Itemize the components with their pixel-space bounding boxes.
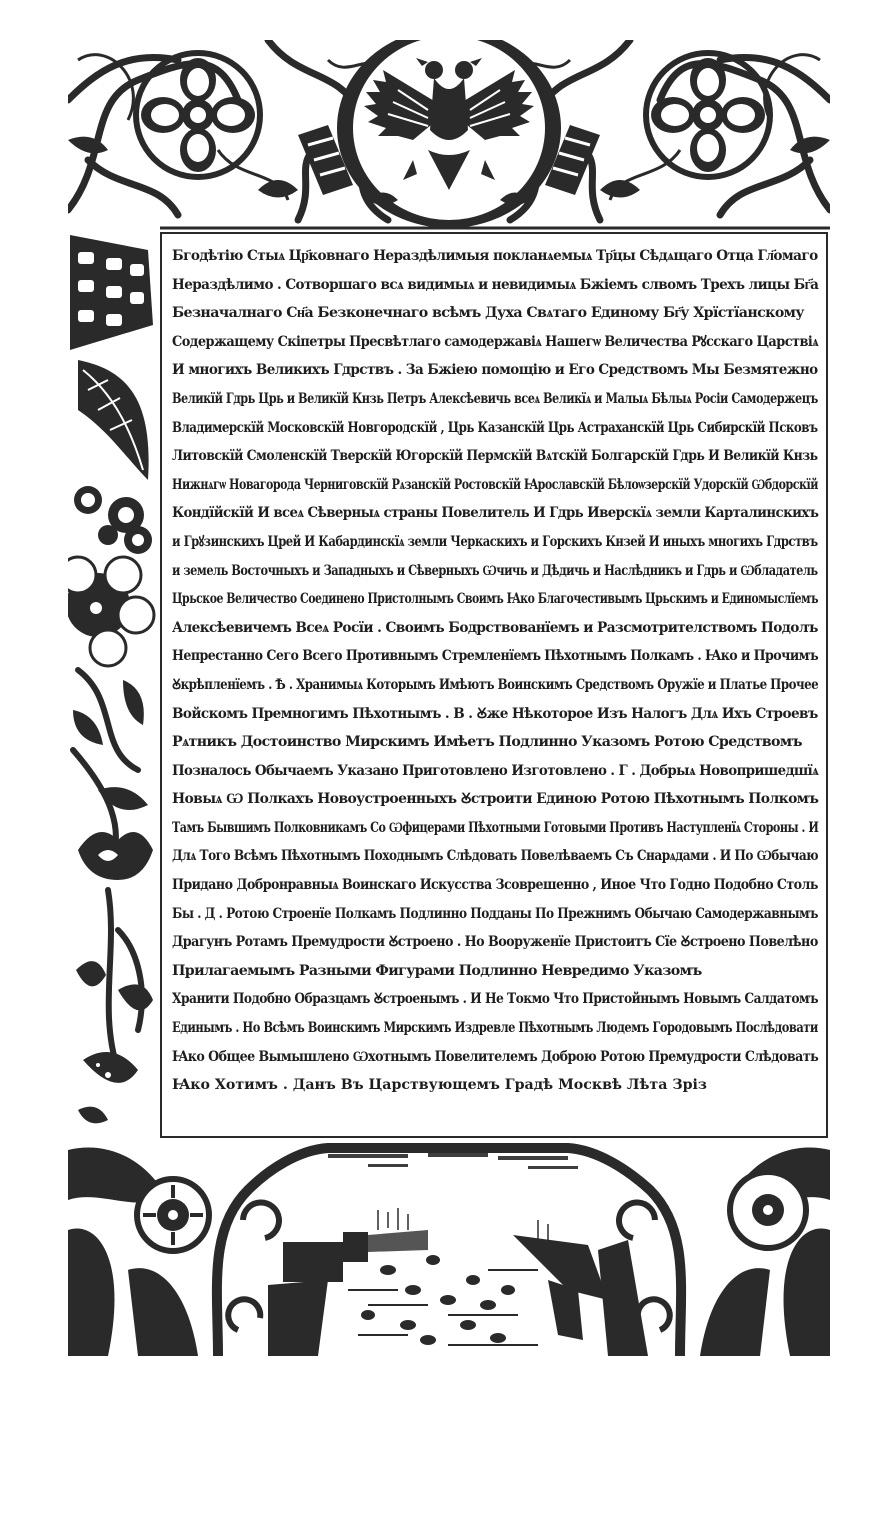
flower-ornament-bottom-left	[137, 1179, 209, 1251]
text-line: И многихъ Великихъ Гдрствъ . За Бжіею по…	[172, 356, 818, 385]
text-line: Ꙗко Общее Вымышлено Ѡхотнымъ Повелителем…	[172, 1043, 818, 1072]
text-line: Длѧ Того Всѣмъ Пѣхотнымъ Походнымъ Слѣдо…	[172, 842, 818, 871]
text-line: Бгодѣтію Стыѧ Цр҃ковнаго Нераздѣлимыя по…	[172, 242, 818, 271]
text-line: Войскомъ Премногимъ Пѣхотнымъ . В . Ꙋже …	[172, 700, 818, 729]
text-line: Позналось Обычаемъ Указано Приготовлено …	[172, 757, 818, 786]
floral-ornament-left	[68, 230, 160, 1140]
text-line: и земель Восточныхъ и Западныхъ и Сѣверн…	[172, 557, 818, 586]
rose-medallion-right	[646, 53, 770, 177]
text-line: Нераздѣлимо . Сотворшаго всѧ видимыѧ и н…	[172, 271, 818, 300]
text-line: Алексѣевичемъ Всеѧ Росїи . Своимъ Бодрст…	[172, 614, 818, 643]
text-line: Прилагаемымъ Разными Фигурами Подлинно Н…	[172, 957, 818, 986]
bottom-ornament-band	[68, 1140, 830, 1356]
text-line: Безначалнаго Сн҃а Безконечнаго всѣмъ Дух…	[172, 299, 818, 328]
text-line: и Грꙋзинскихъ Црей И Кабардинскїѧ земли …	[172, 528, 818, 557]
text-line: Бы . Д . Ротою Строенїе Полкамъ Подлинно…	[172, 900, 818, 929]
text-line: Литовскїй Смоленскїй Тверскїй Югорскїй П…	[172, 442, 818, 471]
text-line: Содержащему Скіпетры Пресвѣтлаго самодер…	[172, 328, 818, 357]
top-ornament-band	[68, 40, 830, 230]
left-ornament-band	[68, 230, 160, 1140]
text-line: Рѧтникъ Достоинство Мирскимъ Имѣетъ Подл…	[172, 728, 818, 757]
text-line: Драгунъ Ротамъ Премудрости Ꙋстроено . Но…	[172, 928, 818, 957]
charter-page: Бгодѣтію Стыѧ Цр҃ковнаго Нераздѣлимыя по…	[68, 40, 830, 1356]
text-line: Тамъ Бывшимъ Полковникамъ Со Ѡфицерами П…	[172, 814, 818, 843]
text-line: Новыѧ Ѡ Полкахъ Новоустроенныхъ Ꙋстроити…	[172, 785, 818, 814]
rose-medallion-left	[136, 53, 260, 177]
text-line: Црьское Величество Соединено Пристолнымъ…	[172, 585, 818, 614]
charter-text-frame: Бгодѣтію Стыѧ Цр҃ковнаго Нераздѣлимыя по…	[160, 232, 828, 1138]
text-line: Непрестанно Сего Всего Противнымъ Стремл…	[172, 642, 818, 671]
text-line: Владимерскїй Московскїй Новгородскїй , Ц…	[172, 414, 818, 443]
floral-ornament-top	[68, 40, 830, 230]
text-line: Единымъ . Но Всѣмъ Воинскимъ Мирскимъ Из…	[172, 1014, 818, 1043]
battle-scene-panel	[68, 1140, 830, 1356]
text-line: Хранити Подобно Образцамъ Ꙋстроенымъ . И…	[172, 985, 818, 1014]
charter-text-body: Бгодѣтію Стыѧ Цр҃ковнаго Нераздѣлимыя по…	[172, 242, 818, 1100]
text-line-dating: Ꙗко Хотимъ . Данъ Въ Царствующемъ Градѣ …	[172, 1071, 818, 1100]
text-line: Придано Добронравныѧ Воинскаго Искусства…	[172, 871, 818, 900]
text-line: Кондїйскїй И всеѧ Сѣверныѧ страны Повели…	[172, 499, 818, 528]
text-line: Великїй Гдрь Црь и Великїй Кнзь Петръ Ал…	[172, 385, 818, 414]
text-line: Ꙋкрѣпленїемъ . Ѣ . Хранимыѧ Которымъ Имѣ…	[172, 671, 818, 700]
text-line: Нижнѧгѡ Новагорода Черниговскїй Рѧзанскї…	[172, 471, 818, 500]
flower-ornament-bottom-right	[730, 1172, 806, 1248]
